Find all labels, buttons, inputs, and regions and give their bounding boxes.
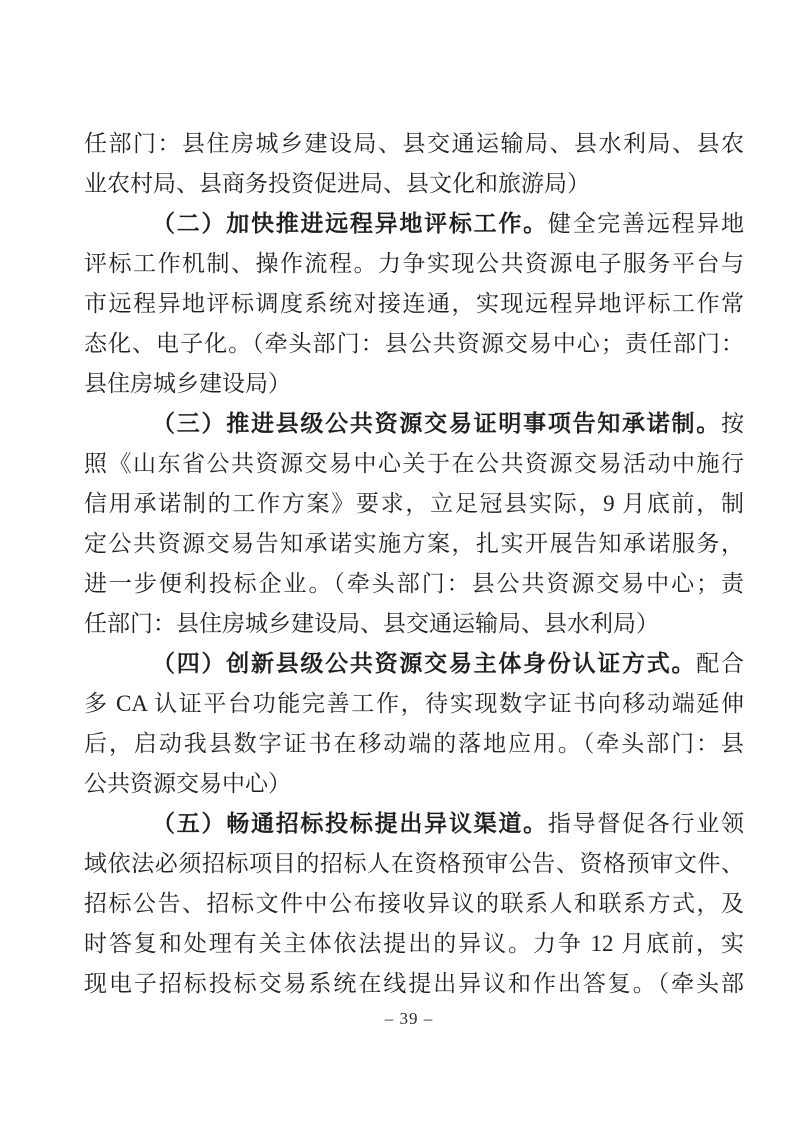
body-text: 现电子招标投标交易系统在线提出异议和作出答复。（牵头部 bbox=[84, 971, 744, 996]
body-text: 任部门：县住房城乡建设局、县交通运输局、县水利局、县农 bbox=[84, 131, 744, 156]
body-text: 健全完善远程异地 bbox=[548, 211, 744, 236]
text-line: 信用承诺制的工作方案》要求，立足冠县实际，9 月底前，制 bbox=[84, 484, 744, 524]
body-text: 评标工作机制、操作流程。力争实现公共资源电子服务平台与 bbox=[84, 251, 744, 276]
text-line: 态化、电子化。（牵头部门：县公共资源交易中心；责任部门： bbox=[84, 324, 744, 364]
text-line: （五）畅通招标投标提出异议渠道。指导督促各行业领 bbox=[84, 804, 744, 844]
text-line: 域依法必须招标项目的招标人在资格预审公告、资格预审文件、 bbox=[84, 844, 744, 884]
section-heading: （二）加快推进远程异地评标工作。 bbox=[152, 211, 548, 236]
text-line: （二）加快推进远程异地评标工作。健全完善远程异地 bbox=[84, 204, 744, 244]
text-line: 进一步便利投标企业。（牵头部门：县公共资源交易中心；责 bbox=[84, 564, 744, 604]
text-line: 定公共资源交易告知承诺实施方案，扎实开展告知承诺服务， bbox=[84, 524, 744, 564]
body-text: 按 bbox=[721, 411, 744, 436]
body-text: 业农村局、县商务投资促进局、县文化和旅游局） bbox=[84, 171, 590, 196]
body-text: 公共资源交易中心） bbox=[84, 771, 291, 796]
text-line: 招标公告、招标文件中公布接收异议的联系人和联系方式，及 bbox=[84, 884, 744, 924]
body-text: 县住房城乡建设局） bbox=[84, 371, 291, 396]
text-line: 市远程异地评标调度系统对接连通，实现远程异地评标工作常 bbox=[84, 284, 744, 324]
body-text: 招标公告、招标文件中公布接收异议的联系人和联系方式，及 bbox=[84, 891, 744, 916]
text-line: 照《山东省公共资源交易中心关于在公共资源交易活动中施行 bbox=[84, 444, 744, 484]
body-text: 任部门：县住房城乡建设局、县交通运输局、县水利局） bbox=[84, 611, 659, 636]
text-line: 公共资源交易中心） bbox=[84, 764, 744, 804]
body-text: 态化、电子化。（牵头部门：县公共资源交易中心；责任部门： bbox=[84, 331, 744, 356]
text-line: （三）推进县级公共资源交易证明事项告知承诺制。按 bbox=[84, 404, 744, 444]
document-body: 任部门：县住房城乡建设局、县交通运输局、县水利局、县农 业农村局、县商务投资促进… bbox=[84, 124, 744, 1004]
text-line: 现电子招标投标交易系统在线提出异议和作出答复。（牵头部 bbox=[84, 964, 744, 1004]
body-text: 进一步便利投标企业。（牵头部门：县公共资源交易中心；责 bbox=[84, 571, 744, 596]
body-text: 市远程异地评标调度系统对接连通，实现远程异地评标工作常 bbox=[84, 291, 744, 316]
text-line: 任部门：县住房城乡建设局、县交通运输局、县水利局、县农 bbox=[84, 124, 744, 164]
body-text: 域依法必须招标项目的招标人在资格预审公告、资格预审文件、 bbox=[84, 851, 744, 876]
text-line: 任部门：县住房城乡建设局、县交通运输局、县水利局） bbox=[84, 604, 744, 644]
body-text: 配合 bbox=[696, 651, 744, 676]
section-heading: （五）畅通招标投标提出异议渠道。 bbox=[152, 811, 548, 836]
body-text: 定公共资源交易告知承诺实施方案，扎实开展告知承诺服务， bbox=[84, 531, 744, 556]
body-text: 后，启动我县数字证书在移动端的落地应用。（牵头部门：县 bbox=[84, 731, 744, 756]
body-text: 指导督促各行业领 bbox=[548, 811, 744, 836]
text-line: （四）创新县级公共资源交易主体身份认证方式。配合 bbox=[84, 644, 744, 684]
page-footer: – 39 – bbox=[0, 1006, 800, 1032]
body-text: 时答复和处理有关主体依法提出的异议。力争 12 月底前，实 bbox=[84, 931, 744, 956]
text-line: 时答复和处理有关主体依法提出的异议。力争 12 月底前，实 bbox=[84, 924, 744, 964]
section-heading: （三）推进县级公共资源交易证明事项告知承诺制。 bbox=[152, 411, 721, 436]
text-line: 业农村局、县商务投资促进局、县文化和旅游局） bbox=[84, 164, 744, 204]
section-heading: （四）创新县级公共资源交易主体身份认证方式。 bbox=[152, 651, 696, 676]
text-line: 多 CA 认证平台功能完善工作，待实现数字证书向移动端延伸 bbox=[84, 684, 744, 724]
document-page: 任部门：县住房城乡建设局、县交通运输局、县水利局、县农 业农村局、县商务投资促进… bbox=[0, 0, 800, 1132]
text-line: 评标工作机制、操作流程。力争实现公共资源电子服务平台与 bbox=[84, 244, 744, 284]
body-text: 多 CA 认证平台功能完善工作，待实现数字证书向移动端延伸 bbox=[84, 691, 744, 716]
body-text: 信用承诺制的工作方案》要求，立足冠县实际，9 月底前，制 bbox=[84, 491, 744, 516]
text-line: 县住房城乡建设局） bbox=[84, 364, 744, 404]
body-text: 照《山东省公共资源交易中心关于在公共资源交易活动中施行 bbox=[84, 451, 744, 476]
text-line: 后，启动我县数字证书在移动端的落地应用。（牵头部门：县 bbox=[84, 724, 744, 764]
page-number: – 39 – bbox=[385, 1009, 434, 1028]
